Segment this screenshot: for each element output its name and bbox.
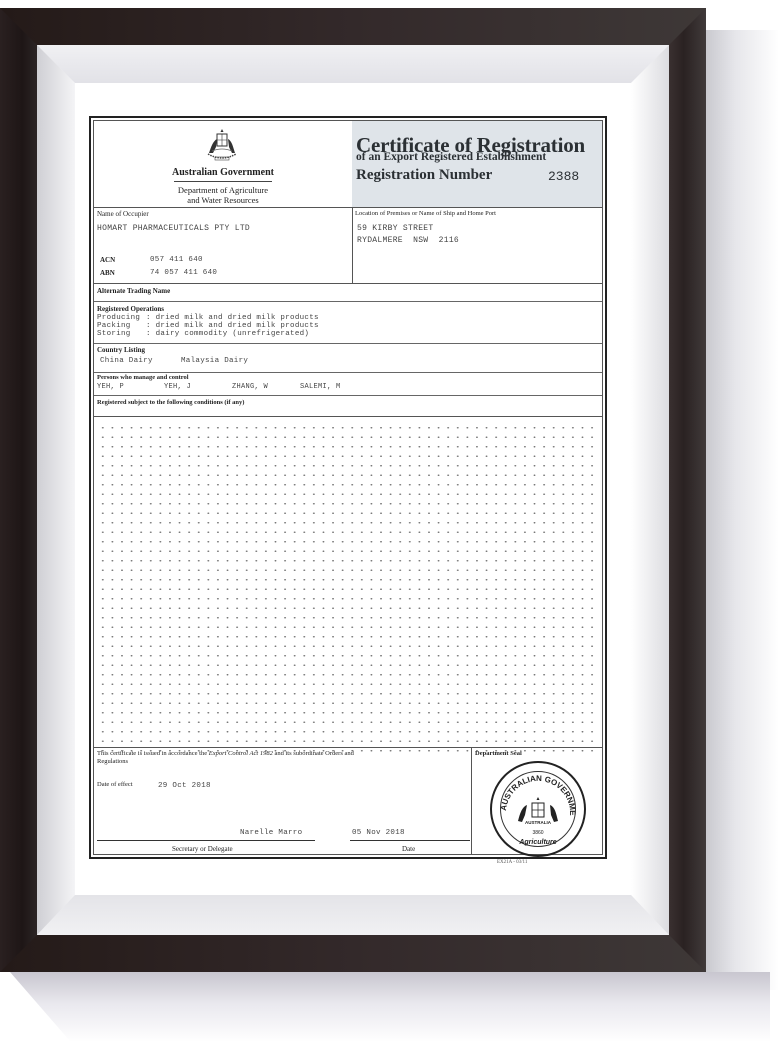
- conditions-label: Registered subject to the following cond…: [97, 399, 244, 406]
- person-2: YEH, J: [164, 383, 191, 391]
- acn-label: ACN: [100, 256, 115, 264]
- statement-suffix: and its subordinate Orders and: [273, 750, 354, 757]
- country-item-2: Malaysia Dairy: [181, 357, 248, 365]
- frame-right-edge: [669, 8, 706, 972]
- form-code: EX21A - 03/11: [497, 860, 527, 865]
- mat-bevel-right: [631, 45, 669, 935]
- department-line-2: and Water Resources: [94, 195, 352, 205]
- rule: [94, 395, 602, 396]
- government-header: Australian Government Department of Agri…: [94, 121, 353, 207]
- operation-desc-1: : dried milk and dried milk products: [146, 314, 319, 322]
- title-block: Certificate of Registration of an Export…: [352, 121, 602, 207]
- frame-shadow-right: [706, 30, 779, 990]
- issuance-statement-line-2: Regulations: [97, 758, 128, 765]
- operation-type-2: Packing: [97, 322, 131, 330]
- abn-value: 74 057 411 640: [150, 269, 217, 277]
- rule: [94, 416, 602, 417]
- date-of-effect-label: Date of effect: [97, 781, 133, 788]
- coat-of-arms-icon: [202, 127, 242, 165]
- registration-number: 2388: [548, 169, 579, 184]
- date-line: [350, 840, 470, 841]
- rule: [94, 343, 602, 344]
- government-name: Australian Government: [94, 167, 352, 178]
- date-of-effect-value: 29 Oct 2018: [158, 782, 211, 790]
- frame-left-edge: [0, 8, 37, 972]
- signature-line: [97, 840, 315, 841]
- seal-label: Department Seal: [475, 750, 522, 757]
- trading-name-label: Alternate Trading Name: [97, 287, 170, 295]
- operation-desc-3: : dairy commodity (unrefrigerated): [146, 330, 309, 338]
- abn-label: ABN: [100, 269, 115, 277]
- certificate-subtitle: of an Export Registered Establishment: [356, 151, 546, 163]
- operation-type-1: Producing: [97, 314, 140, 322]
- operations-label: Registered Operations: [97, 305, 164, 313]
- person-3: ZHANG, W: [232, 383, 268, 391]
- issuance-statement: This certificate is issued in accordance…: [97, 750, 354, 757]
- rule: [94, 372, 602, 373]
- department-seal-box: Department Seal AUSTRALIAN GOVERNMENT AU…: [471, 747, 602, 854]
- certificate: Australian Government Department of Agri…: [89, 116, 607, 859]
- frame-shadow-bottom: [10, 972, 770, 1042]
- mat-bevel-left: [37, 45, 75, 935]
- department-seal: AUSTRALIAN GOVERNMENT AUSTRALIA 3860 Agr…: [490, 761, 586, 857]
- occupier-label: Name of Occupier: [97, 210, 149, 218]
- statement-prefix: This certificate is issued in accordance…: [97, 750, 209, 757]
- persons-label: Persons who manage and control: [97, 374, 189, 381]
- country-listing-label: Country Listing: [97, 346, 145, 354]
- location-section: Location of Premises or Name of Ship and…: [352, 208, 602, 283]
- header-divider: [174, 181, 272, 182]
- registration-label: Registration Number: [356, 167, 492, 184]
- operation-desc-2: : dried milk and dried milk products: [146, 322, 319, 330]
- mat-bevel-top: [37, 45, 669, 83]
- signatory-label: Secretary or Delegate: [172, 845, 233, 853]
- operation-type-3: Storing: [97, 330, 131, 338]
- seal-bottom-text: Agriculture: [492, 839, 584, 846]
- signed-date: 05 Nov 2018: [352, 829, 405, 837]
- mat-bevel-bottom: [37, 895, 669, 935]
- person-1: YEH, P: [97, 383, 124, 391]
- signatory-name: Narelle Marro: [240, 829, 302, 837]
- location-label: Location of Premises or Name of Ship and…: [355, 210, 496, 217]
- location-line-2: RYDALMERE NSW 2116: [357, 236, 459, 245]
- location-line-1: 59 KIRBY STREET: [357, 224, 434, 233]
- seal-banner: AUSTRALIA: [492, 820, 584, 825]
- statement-act: Export Control Act 1982: [209, 750, 273, 757]
- rule: [94, 301, 602, 302]
- certificate-inner-border: Australian Government Department of Agri…: [93, 120, 603, 855]
- country-item-1: China Dairy: [100, 357, 153, 365]
- occupier-section: Name of Occupier HOMART PHARMACEUTICALS …: [94, 208, 353, 283]
- department-line-1: Department of Agriculture: [94, 185, 352, 195]
- svg-text:AUSTRALIAN GOVERNMENT: AUSTRALIAN GOVERNMENT: [492, 763, 577, 816]
- date-label: Date: [402, 845, 415, 853]
- occupier-name: HOMART PHARMACEUTICALS PTY LTD: [97, 224, 250, 233]
- conditions-dot-grid: [98, 423, 598, 753]
- person-4: SALEMI, M: [300, 383, 341, 391]
- acn-value: 057 411 640: [150, 256, 203, 264]
- rule: [94, 283, 602, 284]
- seal-number: 3860: [492, 830, 584, 836]
